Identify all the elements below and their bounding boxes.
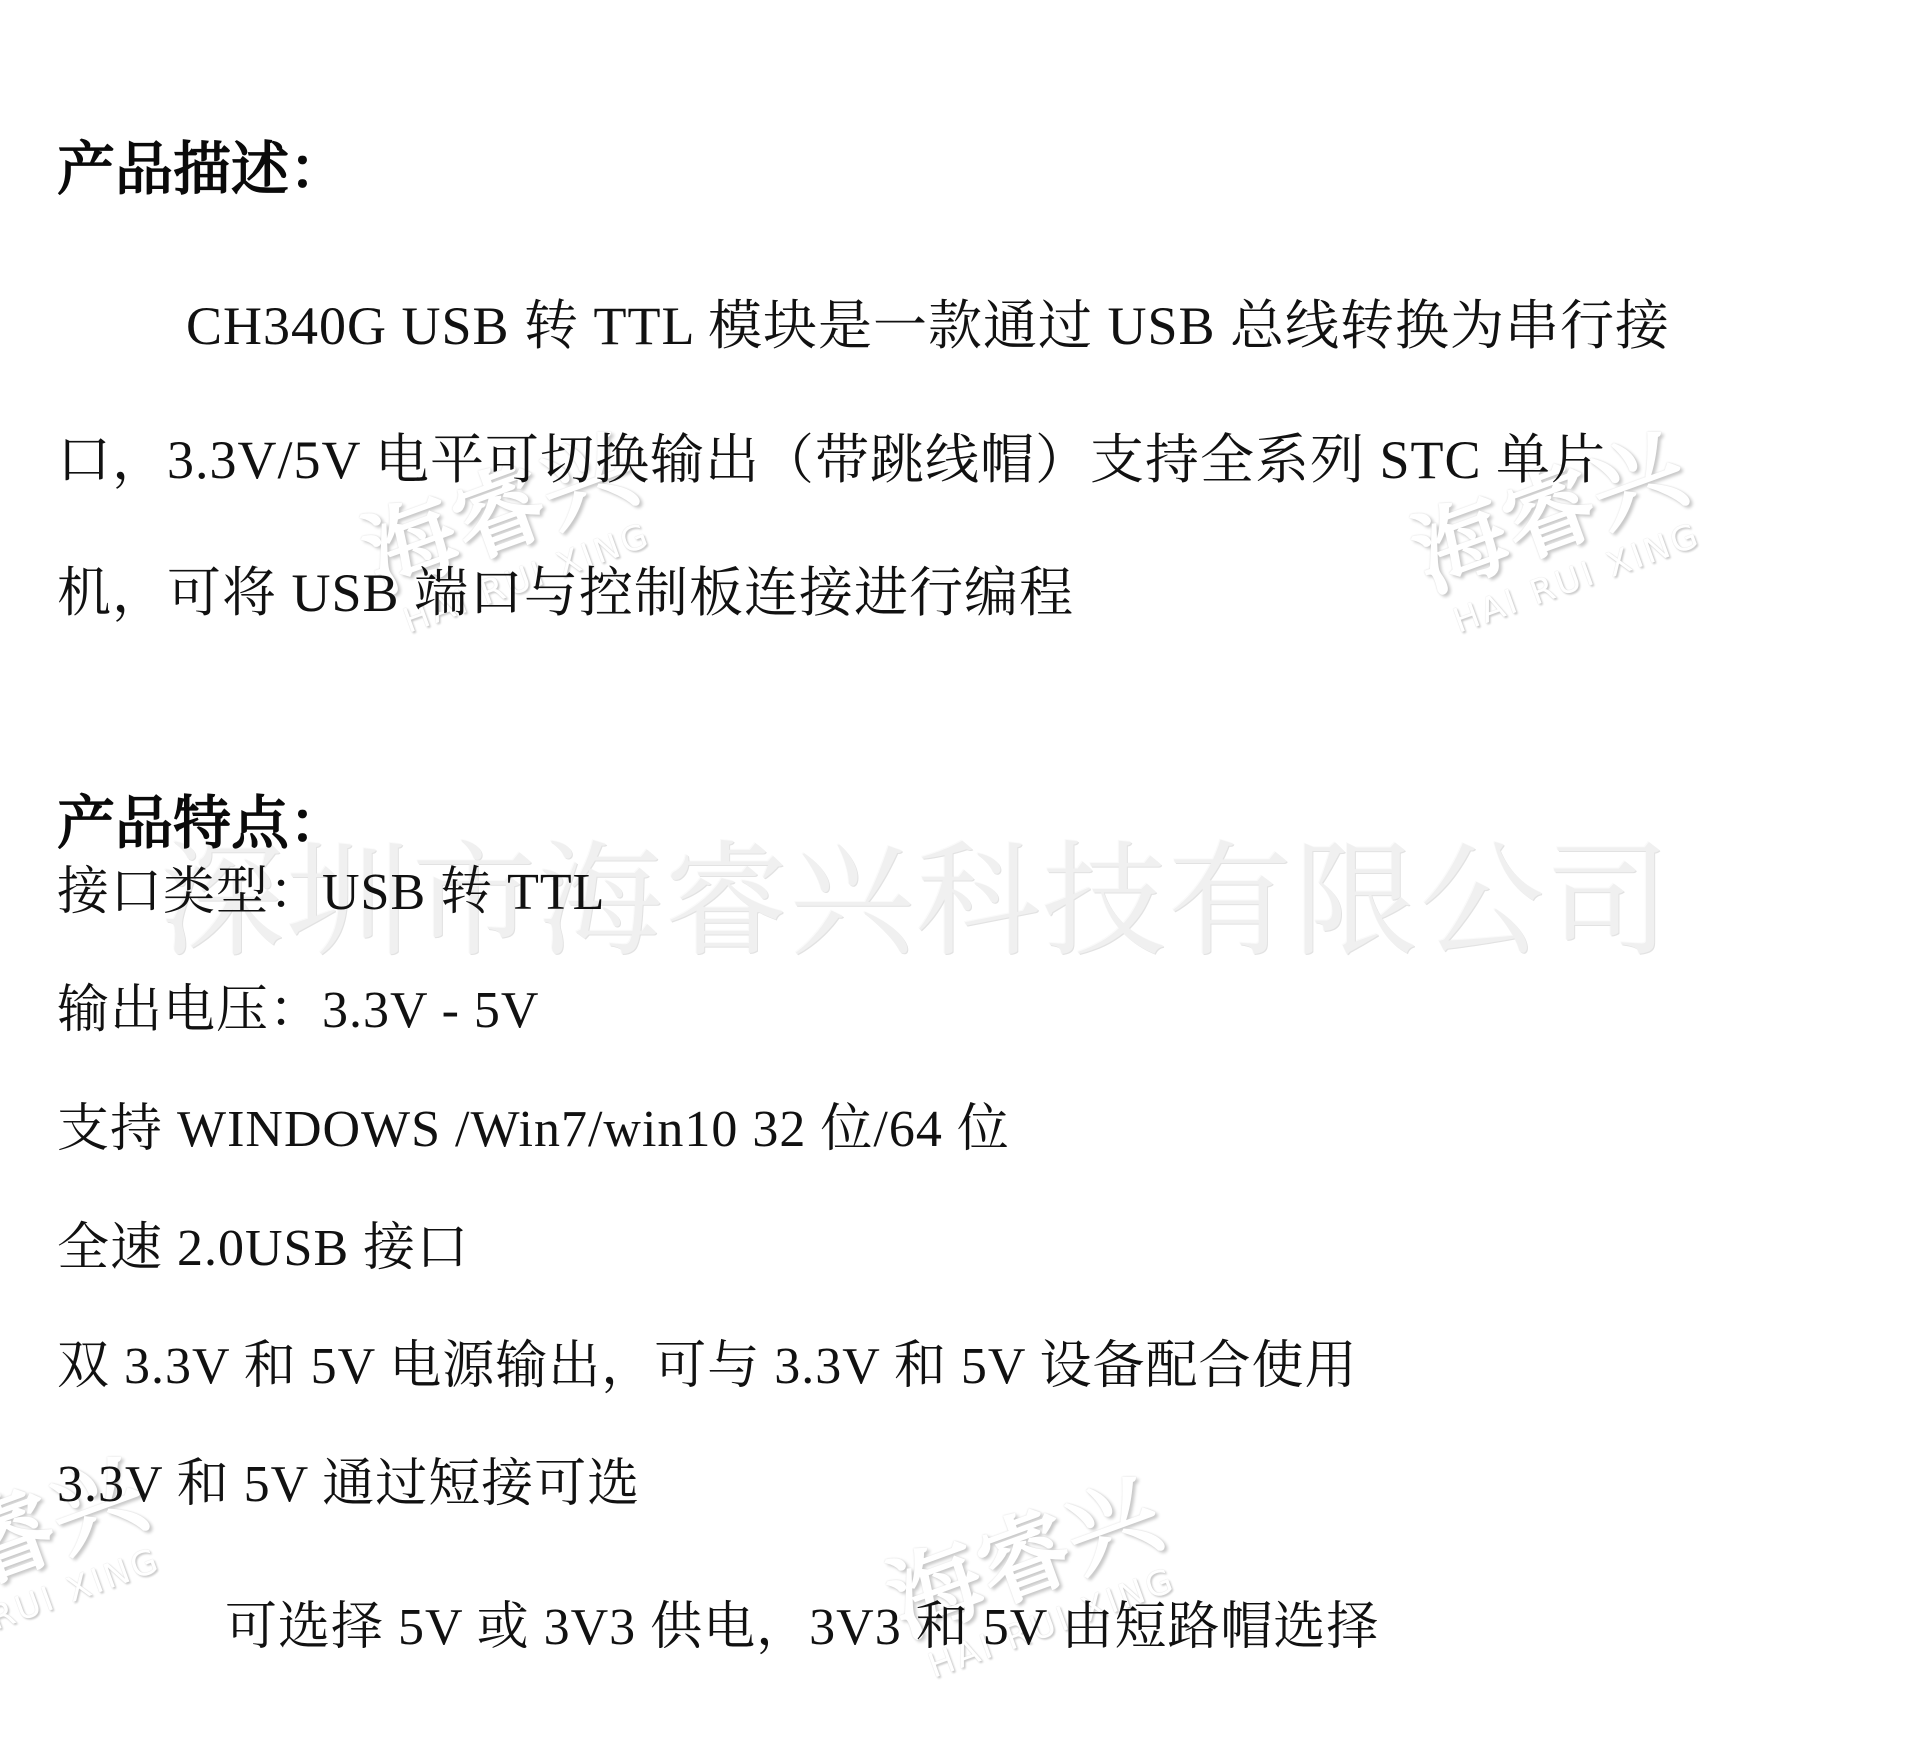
description-line: CH340G USB 转 TTL 模块是一款通过 USB 总线转换为串行接: [186, 296, 1670, 356]
features-heading: 产品特点：: [57, 791, 347, 855]
feature-item: 双 3.3V 和 5V 电源输出，可与 3.3V 和 5V 设备配合使用: [57, 1338, 1357, 1396]
feature-item: 接口类型：USB 转 TTL: [57, 864, 605, 922]
description-line: 口，3.3V/5V 电平可切换输出（带跳线帽）支持全系列 STC 单片: [57, 430, 1606, 490]
description-line: 机，可将 USB 端口与控制板连接进行编程: [57, 563, 1074, 623]
feature-item: 3.3V 和 5V 通过短接可选: [57, 1456, 640, 1514]
logo-watermark: 海睿兴 HAI RUI XING: [876, 1450, 1235, 1719]
description-heading: 产品描述：: [57, 137, 347, 201]
feature-item: 输出电压：3.3V - 5V: [57, 982, 539, 1040]
feature-item: 支持 WINDOWS /Win7/win10 32 位/64 位: [57, 1101, 1010, 1159]
feature-item: 全速 2.0USB 接口: [57, 1220, 469, 1278]
product-spec-page: 深圳市海睿兴科技有限公司 海睿兴 HAI RUI XING 海睿兴 HAI RU…: [0, 0, 1905, 1759]
feature-item: 可选择 5V 或 3V3 供电，3V3 和 5V 由短路帽选择: [225, 1599, 1379, 1657]
